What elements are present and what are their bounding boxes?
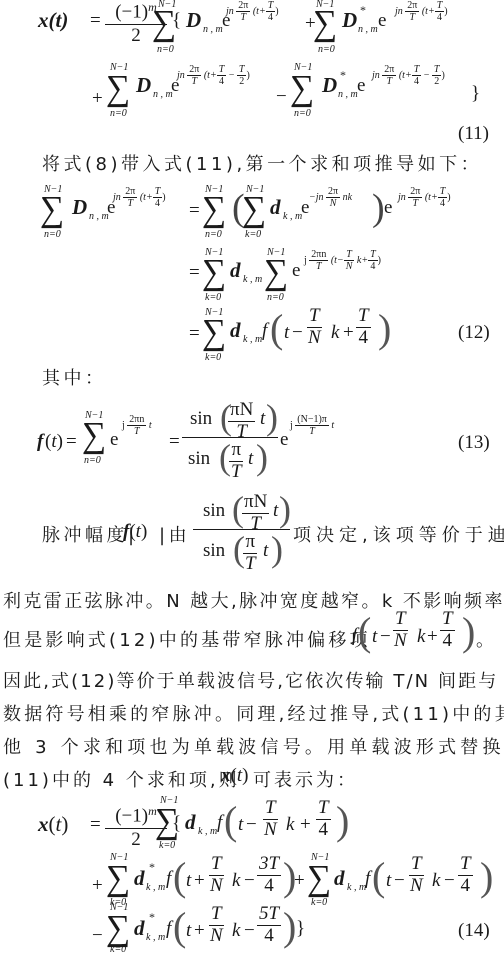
var-t: t: [386, 870, 391, 892]
op-plus: +: [427, 626, 438, 648]
var-k: k: [432, 870, 440, 892]
exponent: jn 2πT (t+T4): [395, 0, 448, 23]
right-paren: ): [283, 903, 296, 950]
paragraph: 因此,式(12)等价于单载波信号,它依次传输 T/N 间距与: [3, 667, 498, 693]
func-f: f: [37, 431, 43, 453]
var-k: k: [232, 920, 240, 942]
var-t: t: [284, 322, 289, 344]
equals: =: [90, 814, 101, 836]
op-minus: −: [244, 920, 255, 942]
paragraph: 数据符号相乘的窄脉冲。同理,经过推导,式(11)中的其: [3, 700, 504, 726]
var-t: t: [372, 626, 377, 648]
coef-sub: k , m: [146, 932, 165, 943]
coef-sub: n , m: [203, 24, 223, 35]
op-minus: −: [380, 626, 391, 648]
sigma-symbol: ∑: [264, 255, 288, 291]
fraction: TN: [208, 904, 225, 947]
coef-sub: k , m: [283, 211, 302, 222]
right-paren: ): [336, 797, 349, 844]
fraction: TN: [262, 798, 279, 841]
op-plus: +: [343, 322, 354, 344]
inline-x: x(t): [221, 765, 248, 787]
exp-base: e: [384, 197, 392, 219]
exp-base: e: [110, 429, 118, 451]
exp-base: e: [357, 75, 365, 97]
exponent: jn 2πT (t+T4 − T2): [372, 64, 445, 87]
sum-lower: k=0: [110, 944, 126, 955]
exp-base: e: [292, 260, 300, 282]
sigma-symbol: ∑: [106, 911, 130, 947]
op-plus: +: [92, 875, 103, 897]
exponent: j 2πnT (t−TN k+T4): [304, 249, 381, 272]
fraction-T-over-4: T4: [356, 306, 371, 349]
exponent: −jn 2πN nk: [309, 186, 352, 209]
equation-number: (14): [458, 920, 490, 942]
coef-sub: k , m: [146, 882, 165, 893]
conj-star: *: [340, 68, 346, 83]
coef-sub: n , m: [338, 89, 358, 100]
sum-lower: n=0: [205, 229, 222, 240]
sigma-symbol: ∑: [202, 315, 226, 351]
fraction: T4: [316, 798, 331, 841]
coef-D: D: [136, 73, 151, 98]
equals: =: [189, 200, 200, 222]
coef-D: D: [72, 195, 87, 220]
close-brace: }: [296, 918, 305, 940]
fraction: TN: [408, 854, 425, 897]
fraction-T-over-4: T4: [440, 609, 455, 652]
coef-d-conj: d: [134, 916, 145, 941]
coef-sub: n , m: [89, 211, 109, 222]
func-f: f: [365, 868, 370, 890]
func-f: f: [166, 868, 171, 890]
exp-base: e: [280, 429, 288, 451]
eq11-lhs: x(t): [38, 8, 68, 33]
sigma-symbol: ∑: [313, 6, 337, 42]
left-paren: (: [224, 797, 237, 844]
sum-lower: k=0: [205, 292, 221, 303]
coef-d-conj: d: [134, 866, 145, 891]
coef-d: d: [270, 195, 281, 220]
text: 项决定,该项等价于迪: [293, 521, 504, 547]
op-plus: +: [92, 88, 103, 110]
coef-sub: n , m: [153, 89, 173, 100]
equals: =: [189, 323, 200, 345]
denominator: sin ( πT t ): [182, 438, 274, 478]
fraction: T4: [458, 854, 473, 897]
coef-D-conj: D: [342, 8, 357, 33]
left-paren: (: [173, 853, 186, 900]
sigma-symbol: ∑: [202, 192, 226, 228]
exponent: j 2πnT t: [122, 414, 152, 437]
func-f: f: [166, 918, 171, 940]
exponent: j (N−1)πT t: [290, 414, 334, 437]
coef-D: D: [186, 8, 201, 33]
numerator: sin ( πNT t ): [182, 400, 274, 437]
exponent: jn 2πT (t+T4): [398, 186, 451, 209]
func-f: f: [262, 320, 267, 342]
text: |由: [159, 521, 190, 547]
var-k: k: [232, 870, 240, 892]
text: 。: [476, 626, 498, 652]
sigma-symbol: ∑: [307, 861, 331, 897]
fraction-T-over-N: TN: [392, 609, 409, 652]
fraction: 3T4: [257, 854, 281, 897]
var-t: t: [238, 814, 243, 836]
sigma-symbol: ∑: [155, 804, 179, 840]
sum-lower: n=0: [110, 108, 127, 119]
text: 但是影响式(12)中的基带窄脉冲偏移项: [3, 626, 371, 652]
prefactor-denominator: 2: [131, 25, 141, 46]
sigma-symbol: ∑: [290, 71, 314, 107]
left-paren: (: [173, 903, 186, 950]
exponent: jn 2πT (t+T4): [113, 186, 166, 209]
right-paren: ): [480, 853, 493, 900]
equals: =: [66, 431, 77, 453]
sigma-symbol: ∑: [106, 861, 130, 897]
fraction: TN: [208, 854, 225, 897]
op-minus: −: [246, 814, 257, 836]
fraction: 5T4: [257, 904, 281, 947]
func-f: f: [352, 625, 357, 647]
sum-lower: n=0: [294, 108, 311, 119]
left-paren: (: [372, 853, 385, 900]
op-minus: −: [292, 322, 303, 344]
paragraph: 将式(8)带入式(11),第一个求和项推导如下：: [42, 150, 482, 176]
inline-f: f(t): [123, 521, 147, 543]
coef-d: d: [230, 258, 241, 283]
op-plus: +: [194, 920, 205, 942]
coef-sub: n , m: [358, 24, 378, 35]
conj-star: *: [149, 860, 155, 875]
func-f: f: [217, 812, 222, 834]
exponent: jn 2πT (t+T4): [226, 0, 279, 23]
sum-lower: k=0: [159, 840, 175, 851]
right-paren: ): [378, 305, 391, 352]
sum-lower: n=0: [44, 229, 61, 240]
equals: =: [169, 431, 180, 453]
sum-lower: k=0: [245, 229, 261, 240]
op-minus: −: [92, 925, 103, 947]
coef-D-conj: D: [322, 73, 337, 98]
conj-star: *: [360, 3, 366, 18]
inline-dirichlet-fraction: sin ( πNT t ) sin ( πT t ): [193, 492, 291, 570]
eq14-lhs: x(t): [38, 812, 68, 837]
equation-number: (11): [458, 123, 489, 145]
right-paren: ): [462, 608, 475, 655]
paragraph: 他 3 个求和项也为单载波信号。用单载波形式替换式: [3, 733, 504, 759]
coef-d: d: [185, 810, 196, 835]
exp-base: e: [378, 10, 386, 32]
sum-lower: n=0: [84, 455, 101, 466]
conj-star: *: [149, 910, 155, 925]
left-paren: (: [358, 608, 371, 655]
var-t: t: [186, 870, 191, 892]
coef-d: d: [334, 866, 345, 891]
coef-sub: k , m: [347, 882, 366, 893]
sum-lower: n=0: [318, 44, 335, 55]
right-paren: ): [372, 186, 385, 230]
sigma-symbol: ∑: [242, 192, 266, 228]
op-plus: +: [294, 870, 305, 892]
equation-number: (13): [458, 432, 490, 454]
coef-d: d: [230, 318, 241, 343]
text: (11)中的 4 个求和项,则: [3, 766, 240, 792]
sigma-symbol: ∑: [152, 6, 176, 42]
sum-lower: k=0: [205, 352, 221, 363]
left-paren: (: [270, 305, 283, 352]
sigma-symbol: ∑: [82, 418, 106, 454]
op-minus: −: [394, 870, 405, 892]
paragraph: 利克雷正弦脉冲。N 越大,脉冲宽度越窄。k 不影响频率,: [3, 587, 504, 613]
coef-sub: k , m: [243, 334, 262, 345]
op-plus: +: [194, 870, 205, 892]
var-k: k: [417, 626, 425, 648]
equals: =: [189, 262, 200, 284]
var-k: k: [286, 814, 294, 836]
sigma-symbol: ∑: [106, 71, 130, 107]
eq11-equals: =: [90, 10, 101, 32]
prefactor-numerator: (−1): [115, 1, 148, 22]
sigma-symbol: ∑: [40, 192, 64, 228]
text: 可表示为：: [253, 766, 358, 792]
paragraph: 其中：: [42, 364, 107, 390]
op-minus: −: [244, 870, 255, 892]
op-minus: −: [444, 870, 455, 892]
close-brace: }: [471, 83, 480, 105]
exponent: jn 2πT (t+T4 − T2): [177, 64, 250, 87]
var-t: t: [186, 920, 191, 942]
sigma-symbol: ∑: [202, 255, 226, 291]
op-minus: −: [276, 86, 287, 108]
fraction-T-over-N: TN: [306, 306, 323, 349]
arg: (t): [45, 431, 63, 453]
coef-sub: k , m: [198, 826, 217, 837]
sum-lower: n=0: [157, 44, 174, 55]
dirichlet-fraction: sin ( πNT t ) sin ( πT t ): [182, 400, 274, 478]
op-plus: +: [300, 814, 311, 836]
var-k: k: [331, 322, 339, 344]
sum-lower: n=0: [267, 292, 284, 303]
equation-number: (12): [458, 322, 490, 344]
sum-lower: k=0: [311, 897, 327, 908]
coef-sub: k , m: [243, 274, 262, 285]
